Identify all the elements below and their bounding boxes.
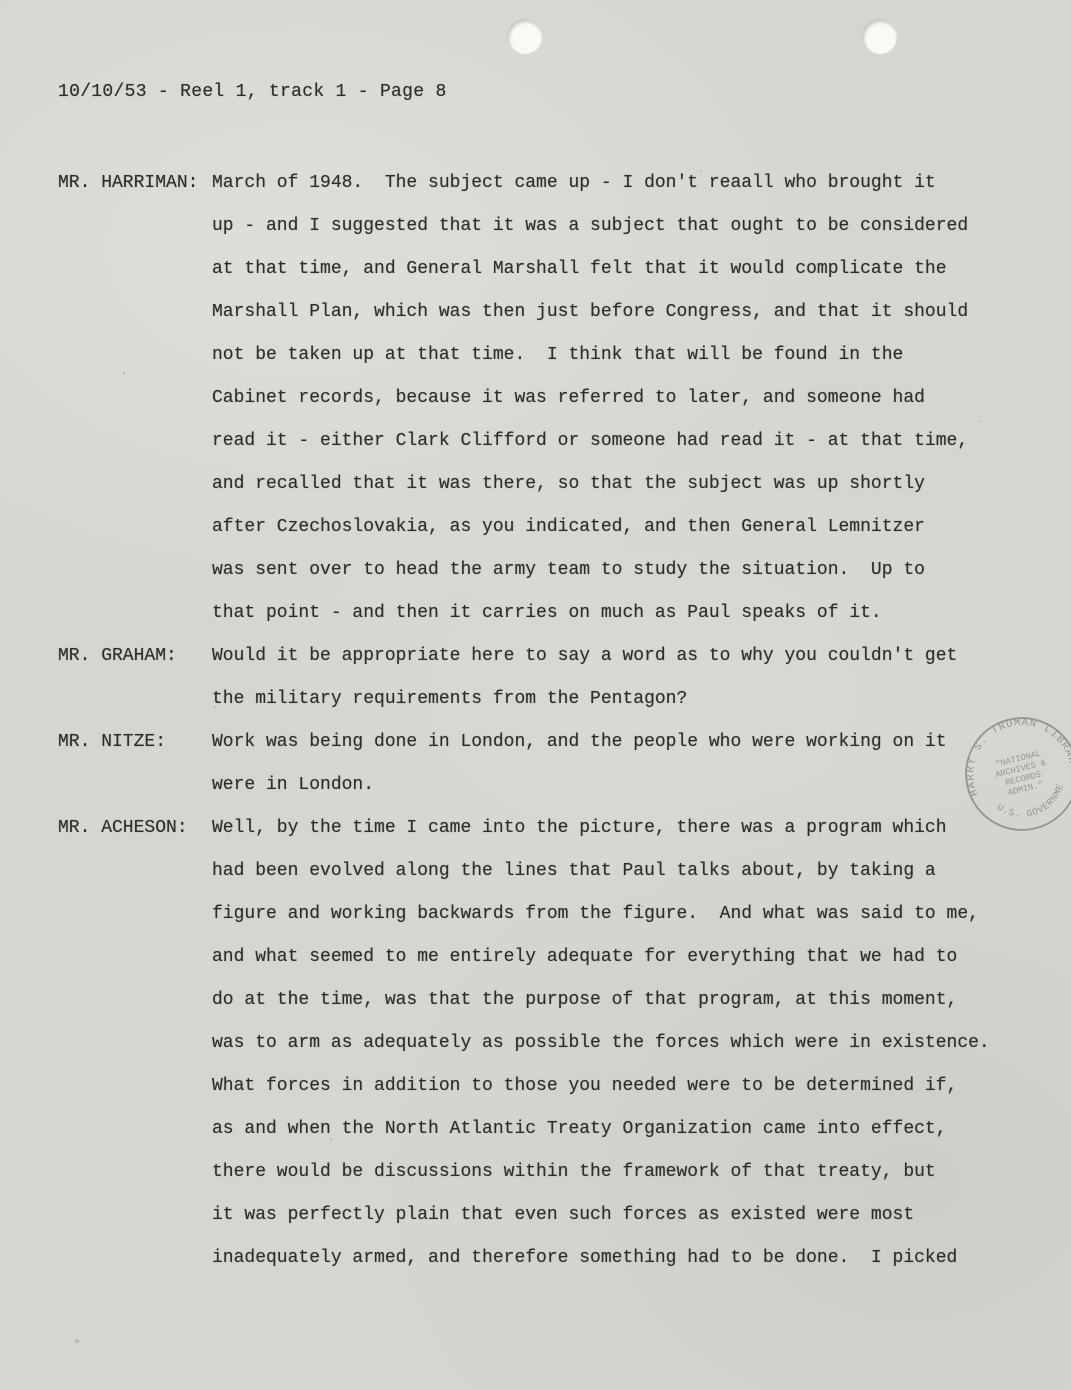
transcript-turn: MR. NITZE:Work was being done in London,… — [58, 721, 1033, 807]
transcript-line: up - and I suggested that it was a subje… — [212, 205, 1033, 248]
transcript-line: Well, by the time I came into the pictur… — [212, 807, 1033, 850]
speaker-text-block: Work was being done in London, and the p… — [212, 721, 1033, 807]
transcript-line: was to arm as adequately as possible the… — [212, 1022, 1033, 1065]
transcript-line: read it - either Clark Clifford or someo… — [212, 420, 1033, 463]
speaker-label: MR. HARRIMAN: — [58, 162, 212, 205]
transcript-line: inadequately armed, and therefore someth… — [212, 1237, 1033, 1280]
transcript-line: and what seemed to me entirely adequate … — [212, 936, 1033, 979]
transcript-line: What forces in addition to those you nee… — [212, 1065, 1033, 1108]
document-page: 10/10/53 - Reel 1, track 1 - Page 8 MR. … — [0, 0, 1071, 1390]
transcript-line: figure and working backwards from the fi… — [212, 893, 1033, 936]
speaker-label: MR. ACHESON: — [58, 807, 212, 850]
paper-specks — [0, 0, 2, 2]
page-header-line: 10/10/53 - Reel 1, track 1 - Page 8 — [58, 82, 447, 102]
transcript-line: Work was being done in London, and the p… — [212, 721, 1033, 764]
transcript-line: had been evolved along the lines that Pa… — [212, 850, 1033, 893]
transcript-line: at that time, and General Marshall felt … — [212, 248, 1033, 291]
transcript-line: was sent over to head the army team to s… — [212, 549, 1033, 592]
transcript-line: March of 1948. The subject came up - I d… — [212, 162, 1033, 205]
transcript-line: it was perfectly plain that even such fo… — [212, 1194, 1033, 1237]
speaker-label: MR. GRAHAM: — [58, 635, 212, 678]
transcript-turn: MR. ACHESON:Well, by the time I came int… — [58, 807, 1033, 1280]
speaker-label: MR. NITZE: — [58, 721, 212, 764]
transcript-turn: MR. GRAHAM:Would it be appropriate here … — [58, 635, 1033, 721]
speaker-text-block: Well, by the time I came into the pictur… — [212, 807, 1033, 1280]
transcript-line: not be taken up at that time. I think th… — [212, 334, 1033, 377]
transcript-line: there would be discussions within the fr… — [212, 1151, 1033, 1194]
transcript-line: Cabinet records, because it was referred… — [212, 377, 1033, 420]
transcript-line: that point - and then it carries on much… — [212, 592, 1033, 635]
transcript-line: Marshall Plan, which was then just befor… — [212, 291, 1033, 334]
transcript-line: the military requirements from the Penta… — [212, 678, 1033, 721]
punch-hole-right — [863, 20, 897, 54]
transcript: MR. HARRIMAN:March of 1948. The subject … — [58, 162, 1033, 1280]
punch-hole-left — [508, 20, 542, 54]
transcript-line: Would it be appropriate here to say a wo… — [212, 635, 1033, 678]
transcript-line: as and when the North Atlantic Treaty Or… — [212, 1108, 1033, 1151]
transcript-line: do at the time, was that the purpose of … — [212, 979, 1033, 1022]
transcript-line: after Czechoslovakia, as you indicated, … — [212, 506, 1033, 549]
transcript-line: and recalled that it was there, so that … — [212, 463, 1033, 506]
transcript-turn: MR. HARRIMAN:March of 1948. The subject … — [58, 162, 1033, 635]
speaker-text-block: Would it be appropriate here to say a wo… — [212, 635, 1033, 721]
transcript-line: were in London. — [212, 764, 1033, 807]
speaker-text-block: March of 1948. The subject came up - I d… — [212, 162, 1033, 635]
